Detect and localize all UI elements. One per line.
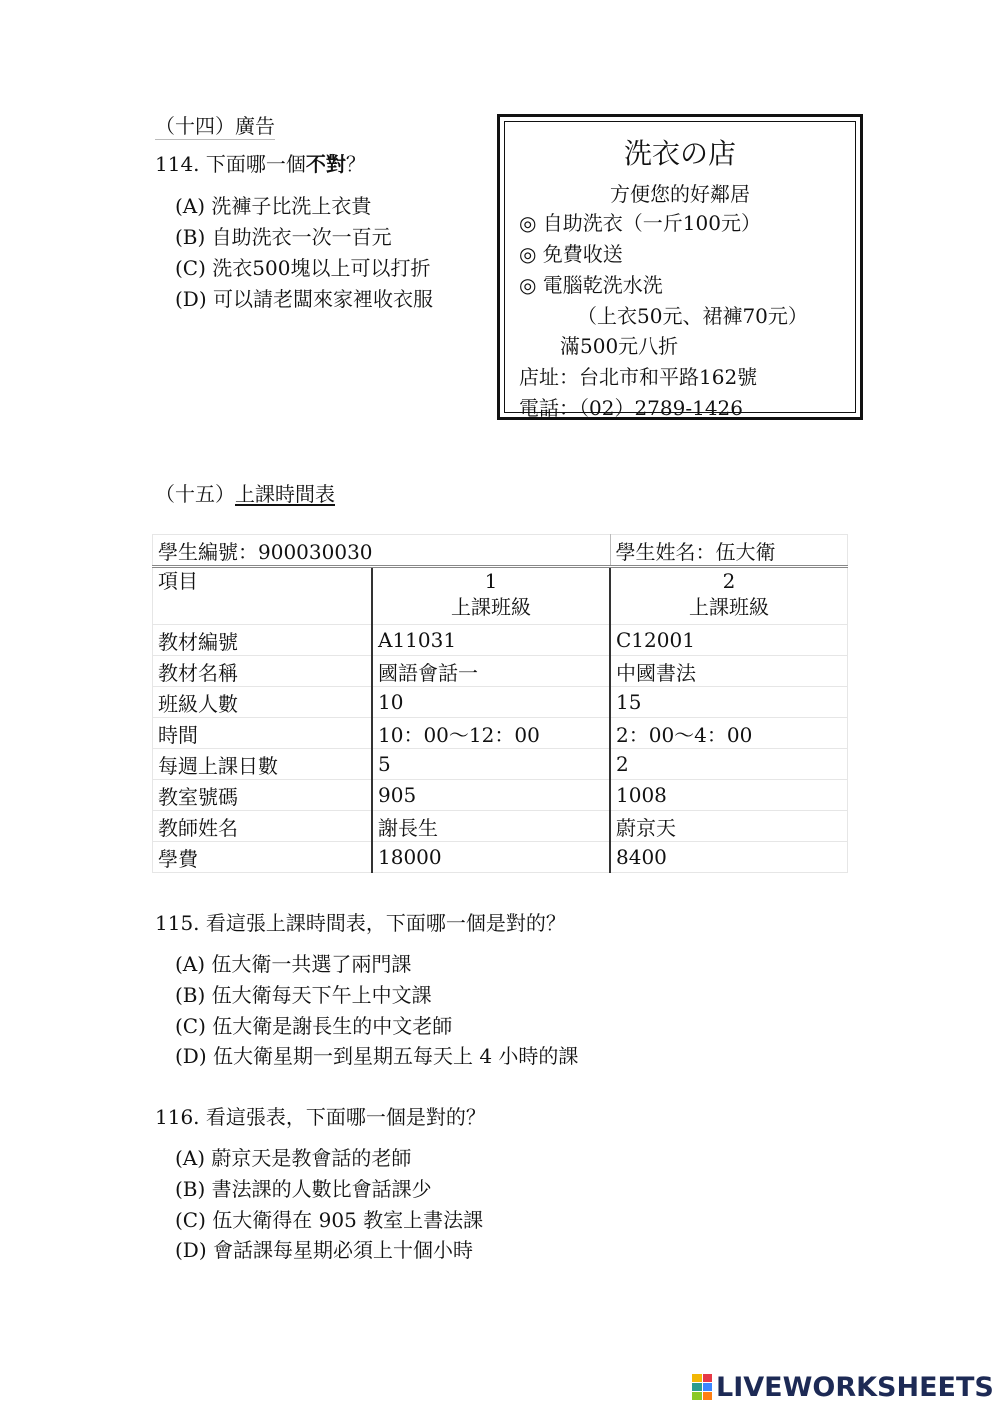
- header-class-1: 1 上課班級: [372, 567, 610, 625]
- table-row: 時間 10：00～12：00 2：00～4：00: [153, 718, 848, 749]
- student-id-cell: 學生編號：900030030: [153, 535, 611, 567]
- table-row: 教師姓名 謝長生 蔚京天: [153, 811, 848, 842]
- question-number: 116.: [155, 1105, 200, 1129]
- ad-line-free-delivery: ◎ 免費收送: [519, 242, 623, 266]
- q115-option-d[interactable]: (D) 伍大衛星期一到星期五每天上 4 小時的課: [175, 1044, 578, 1068]
- laundry-ad-inner-border: 洗衣の店 方便您的好鄰居 ◎ 自助洗衣（一斤100元） ◎ 免費收送 ◎ 電腦乾…: [504, 121, 856, 413]
- ad-subtitle: 方便您的好鄰居: [505, 182, 855, 206]
- q114-option-c[interactable]: (C) 洗衣500塊以上可以打折: [175, 256, 430, 280]
- table-row: 班級人數 10 15: [153, 687, 848, 718]
- question-emphasis: 不對: [306, 152, 346, 176]
- q114-option-b[interactable]: (B) 自助洗衣一次一百元: [175, 225, 392, 249]
- q116-option-b[interactable]: (B) 書法課的人數比會話課少: [175, 1177, 432, 1201]
- q115-option-a[interactable]: (A) 伍大衛一共選了兩門課: [175, 952, 411, 976]
- table-row: 教材名稱 國語會話一 中國書法: [153, 656, 848, 687]
- student-info-row: 學生編號：900030030 學生姓名：伍大衛: [153, 535, 848, 567]
- question-text: 看這張上課時間表，下面哪一個是對的？: [206, 911, 566, 935]
- section-14-title: （十四）廣告: [155, 114, 275, 138]
- question-number: 115.: [155, 911, 200, 935]
- question-text: 看這張表，下面哪一個是對的？: [206, 1105, 486, 1129]
- q115-option-b[interactable]: (B) 伍大衛每天下午上中文課: [175, 983, 432, 1007]
- student-name-cell: 學生姓名：伍大衛: [610, 535, 848, 567]
- ad-line-address: 店址：台北市和平路162號: [519, 365, 757, 389]
- table-row: 教材編號 A11031 C12001: [153, 625, 848, 656]
- table-row: 教室號碼 905 1008: [153, 780, 848, 811]
- ad-line-dry-clean: ◎ 電腦乾洗水洗: [519, 273, 663, 297]
- question-number: 114.: [155, 152, 200, 176]
- section-15-title: （十五）上課時間表: [155, 482, 335, 506]
- header-class-2: 2 上課班級: [610, 567, 848, 625]
- table-row: 學費 18000 8400: [153, 842, 848, 873]
- q114-option-a[interactable]: (A) 洗褲子比洗上衣貴: [175, 194, 371, 218]
- q114-option-d[interactable]: (D) 可以請老闆來家裡收衣服: [175, 287, 433, 311]
- class-schedule-table: 學生編號：900030030 學生姓名：伍大衛 項目 1 上課班級 2 上課班級…: [152, 534, 848, 873]
- q116-option-d[interactable]: (D) 會話課每星期必須上十個小時: [175, 1238, 473, 1262]
- ad-title: 洗衣の店: [505, 138, 855, 170]
- ad-line-prices: （上衣50元、裙褲70元）: [577, 304, 808, 328]
- liveworksheets-logo-icon: [692, 1374, 712, 1400]
- question-text: 下面哪一個: [206, 152, 306, 176]
- q115-option-c[interactable]: (C) 伍大衛是謝長生的中文老師: [175, 1014, 452, 1038]
- ad-line-discount: 滿500元八折: [560, 334, 678, 358]
- table-row: 每週上課日數 5 2: [153, 749, 848, 780]
- q116-option-c[interactable]: (C) 伍大衛得在 905 教室上書法課: [175, 1208, 483, 1232]
- ad-line-phone: 電話：（02）2789-1426: [519, 396, 743, 420]
- header-item-cell: 項目: [153, 567, 373, 625]
- q116-option-a[interactable]: (A) 蔚京天是教會話的老師: [175, 1146, 411, 1170]
- table-header-row: 項目 1 上課班級 2 上課班級: [153, 567, 848, 625]
- liveworksheets-logo[interactable]: LIVEWORKSHEETS: [692, 1372, 994, 1402]
- liveworksheets-logo-text: LIVEWORKSHEETS: [716, 1372, 994, 1403]
- question-115: 115. 看這張上課時間表，下面哪一個是對的？: [155, 911, 566, 935]
- ad-line-self-service: ◎ 自助洗衣（一斤100元）: [519, 211, 761, 235]
- question-114: 114. 下面哪一個不對？: [155, 152, 366, 176]
- question-116: 116. 看這張表，下面哪一個是對的？: [155, 1105, 486, 1129]
- laundry-ad: 洗衣の店 方便您的好鄰居 ◎ 自助洗衣（一斤100元） ◎ 免費收送 ◎ 電腦乾…: [497, 114, 863, 420]
